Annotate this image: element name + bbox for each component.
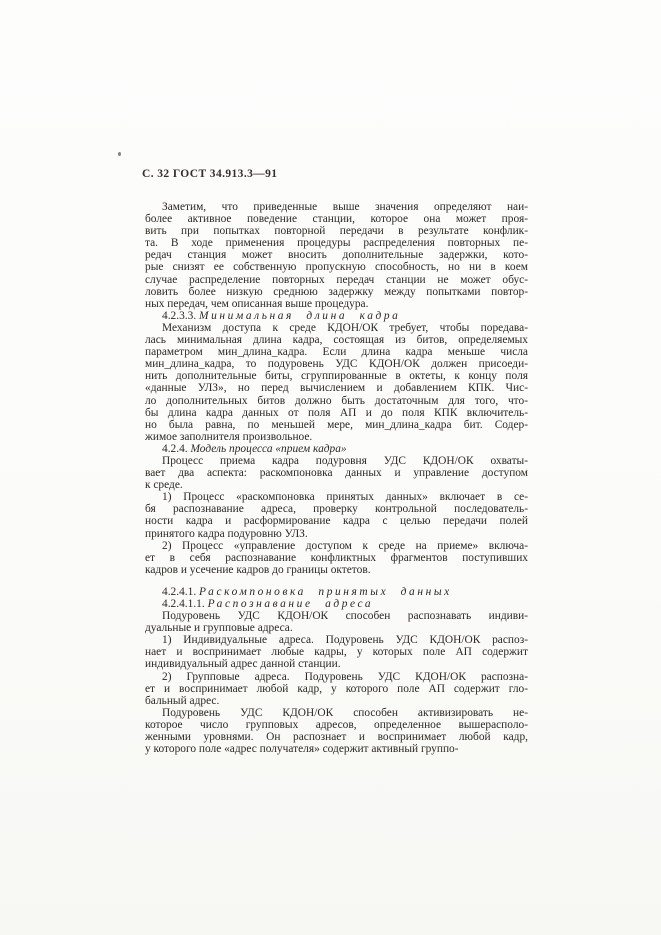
text-line: 2) Групповые адреса. Подуровень УДС КДОН… — [145, 671, 528, 683]
text-line: «данные УЛЗ», но перед вычислением и доб… — [145, 382, 528, 394]
text-line: Процесс приема кадра подуровня УДС КДОН/… — [145, 455, 528, 467]
paragraph: 2) Процесс «управление доступом к среде … — [145, 540, 528, 576]
section-title: Распознавание адреса — [208, 598, 374, 610]
text-line: бы длина кадра данных от поля АП и до по… — [145, 407, 528, 419]
text-line: 2) Процесс «управление доступом к среде … — [145, 540, 528, 552]
paragraph: Подуровень УДС КДОН/ОК способен распозна… — [145, 610, 528, 634]
text-line: жимое заполнителя произвольное. — [145, 431, 528, 443]
section-heading: 4.2.4. Модель процесса «прием кадра» — [145, 443, 528, 455]
text-line: Заметим, что приведенные выше значения о… — [145, 201, 528, 213]
document-body: Заметим, что приведенные выше значения о… — [145, 201, 528, 755]
text-line: бя распознавание адреса, проверку контро… — [145, 503, 528, 515]
text-line: которое число групповых адресов, определ… — [145, 719, 528, 731]
paragraph: Заметим, что приведенные выше значения о… — [145, 201, 528, 310]
text-line: Подуровень УДС КДОН/ОК способен распозна… — [145, 610, 528, 622]
text-line: но была равна, по меньшей мере, мин_длин… — [145, 419, 528, 431]
text-line: ности кадра и расформирование кадра с це… — [145, 515, 528, 527]
text-line: кадров и усечение кадров до границы окте… — [145, 564, 528, 576]
paragraph: Механизм доступа к среде КДОН/ОК требует… — [145, 322, 528, 443]
text-line: женными уровнями. Он распознает и воспри… — [145, 731, 528, 743]
text-line: ловить более низкую среднюю задержку меж… — [145, 286, 528, 298]
paragraph: 1) Индивидуальные адреса. Подуровень УДС… — [145, 634, 528, 670]
text-line: 1) Индивидуальные адреса. Подуровень УДС… — [145, 634, 528, 646]
scanned-document-page: С. 32 ГОСТ 34.913.3—91 Заметим, что прив… — [0, 0, 661, 935]
text-line: та. В ходе применения процедуры распреде… — [145, 237, 528, 249]
text-line: параметром мин_длина_кадра. Если длина к… — [145, 346, 528, 358]
text-line: нает и воспринимает любые кадры, у котор… — [145, 646, 528, 658]
text-line: лась минимальная длина кадра, состоящая … — [145, 334, 528, 346]
text-line: нить дополнительные биты, сгруппированны… — [145, 370, 528, 382]
text-line: дуальные и групповые адреса. — [145, 622, 528, 634]
section-heading: 4.2.3.3. Минимальная длина кадра — [145, 310, 528, 322]
text-line: более активное поведение станции, которо… — [145, 213, 528, 225]
text-line: ет в себя распознавание конфликтных фраг… — [145, 552, 528, 564]
text-line: случае распределение повторных передач с… — [145, 274, 528, 286]
text-line: рые снизят ее собственную пропускную спо… — [145, 261, 528, 273]
paragraph: Процесс приема кадра подуровня УДС КДОН/… — [145, 455, 528, 491]
paragraph: Подуровень УДС КДОН/ОК способен активизи… — [145, 707, 528, 755]
text-line: Подуровень УДС КДОН/ОК способен активизи… — [145, 707, 528, 719]
section-number: 4.2.4. — [162, 443, 190, 455]
section-title: Раскомпоновка принятых данных — [199, 586, 452, 598]
section-heading: 4.2.4.1.1. Распознавание адреса — [145, 598, 528, 610]
text-line: редач станция может вносить дополнительн… — [145, 249, 528, 261]
text-line: индивидуальный адрес данной станции. — [145, 658, 528, 670]
section-title: Модель процесса «прием кадра» — [190, 443, 346, 455]
text-line: 1) Процесс «раскомпоновка принятых данны… — [145, 491, 528, 503]
text-line: Механизм доступа к среде КДОН/ОК требует… — [145, 322, 528, 334]
page-header: С. 32 ГОСТ 34.913.3—91 — [142, 168, 277, 180]
text-line: вить при попытках повторной передачи в р… — [145, 225, 528, 237]
text-line: принятого кадра подуровню УЛЗ. — [145, 528, 528, 540]
section-number: 4.2.3.3. — [162, 310, 199, 322]
text-line: бальный адрес. — [145, 695, 528, 707]
section-number: 4.2.4.1.1. — [162, 598, 208, 610]
text-line: ных передач, чем описанная выше процедур… — [145, 298, 528, 310]
text-line: ет и воспринимает любой кадр, у которого… — [145, 683, 528, 695]
text-line: у которого поле «адрес получателя» содер… — [145, 743, 528, 755]
text-line: к среде. — [145, 479, 528, 491]
text-line: ло дополнительных битов должно быть дост… — [145, 395, 528, 407]
text-line: мин_длина_кадра, то подуровень УДС КДОН/… — [145, 358, 528, 370]
paragraph: 1) Процесс «раскомпоновка принятых данны… — [145, 491, 528, 539]
section-heading: 4.2.4.1. Раскомпоновка принятых данных — [145, 586, 528, 598]
paragraph: 2) Групповые адреса. Подуровень УДС КДОН… — [145, 671, 528, 707]
scan-speck-artifact — [118, 152, 121, 156]
section-title: Минимальная длина кадра — [199, 310, 400, 322]
section-number: 4.2.4.1. — [162, 586, 199, 598]
text-line: вает два аспекта: раскомпоновка данных и… — [145, 467, 528, 479]
